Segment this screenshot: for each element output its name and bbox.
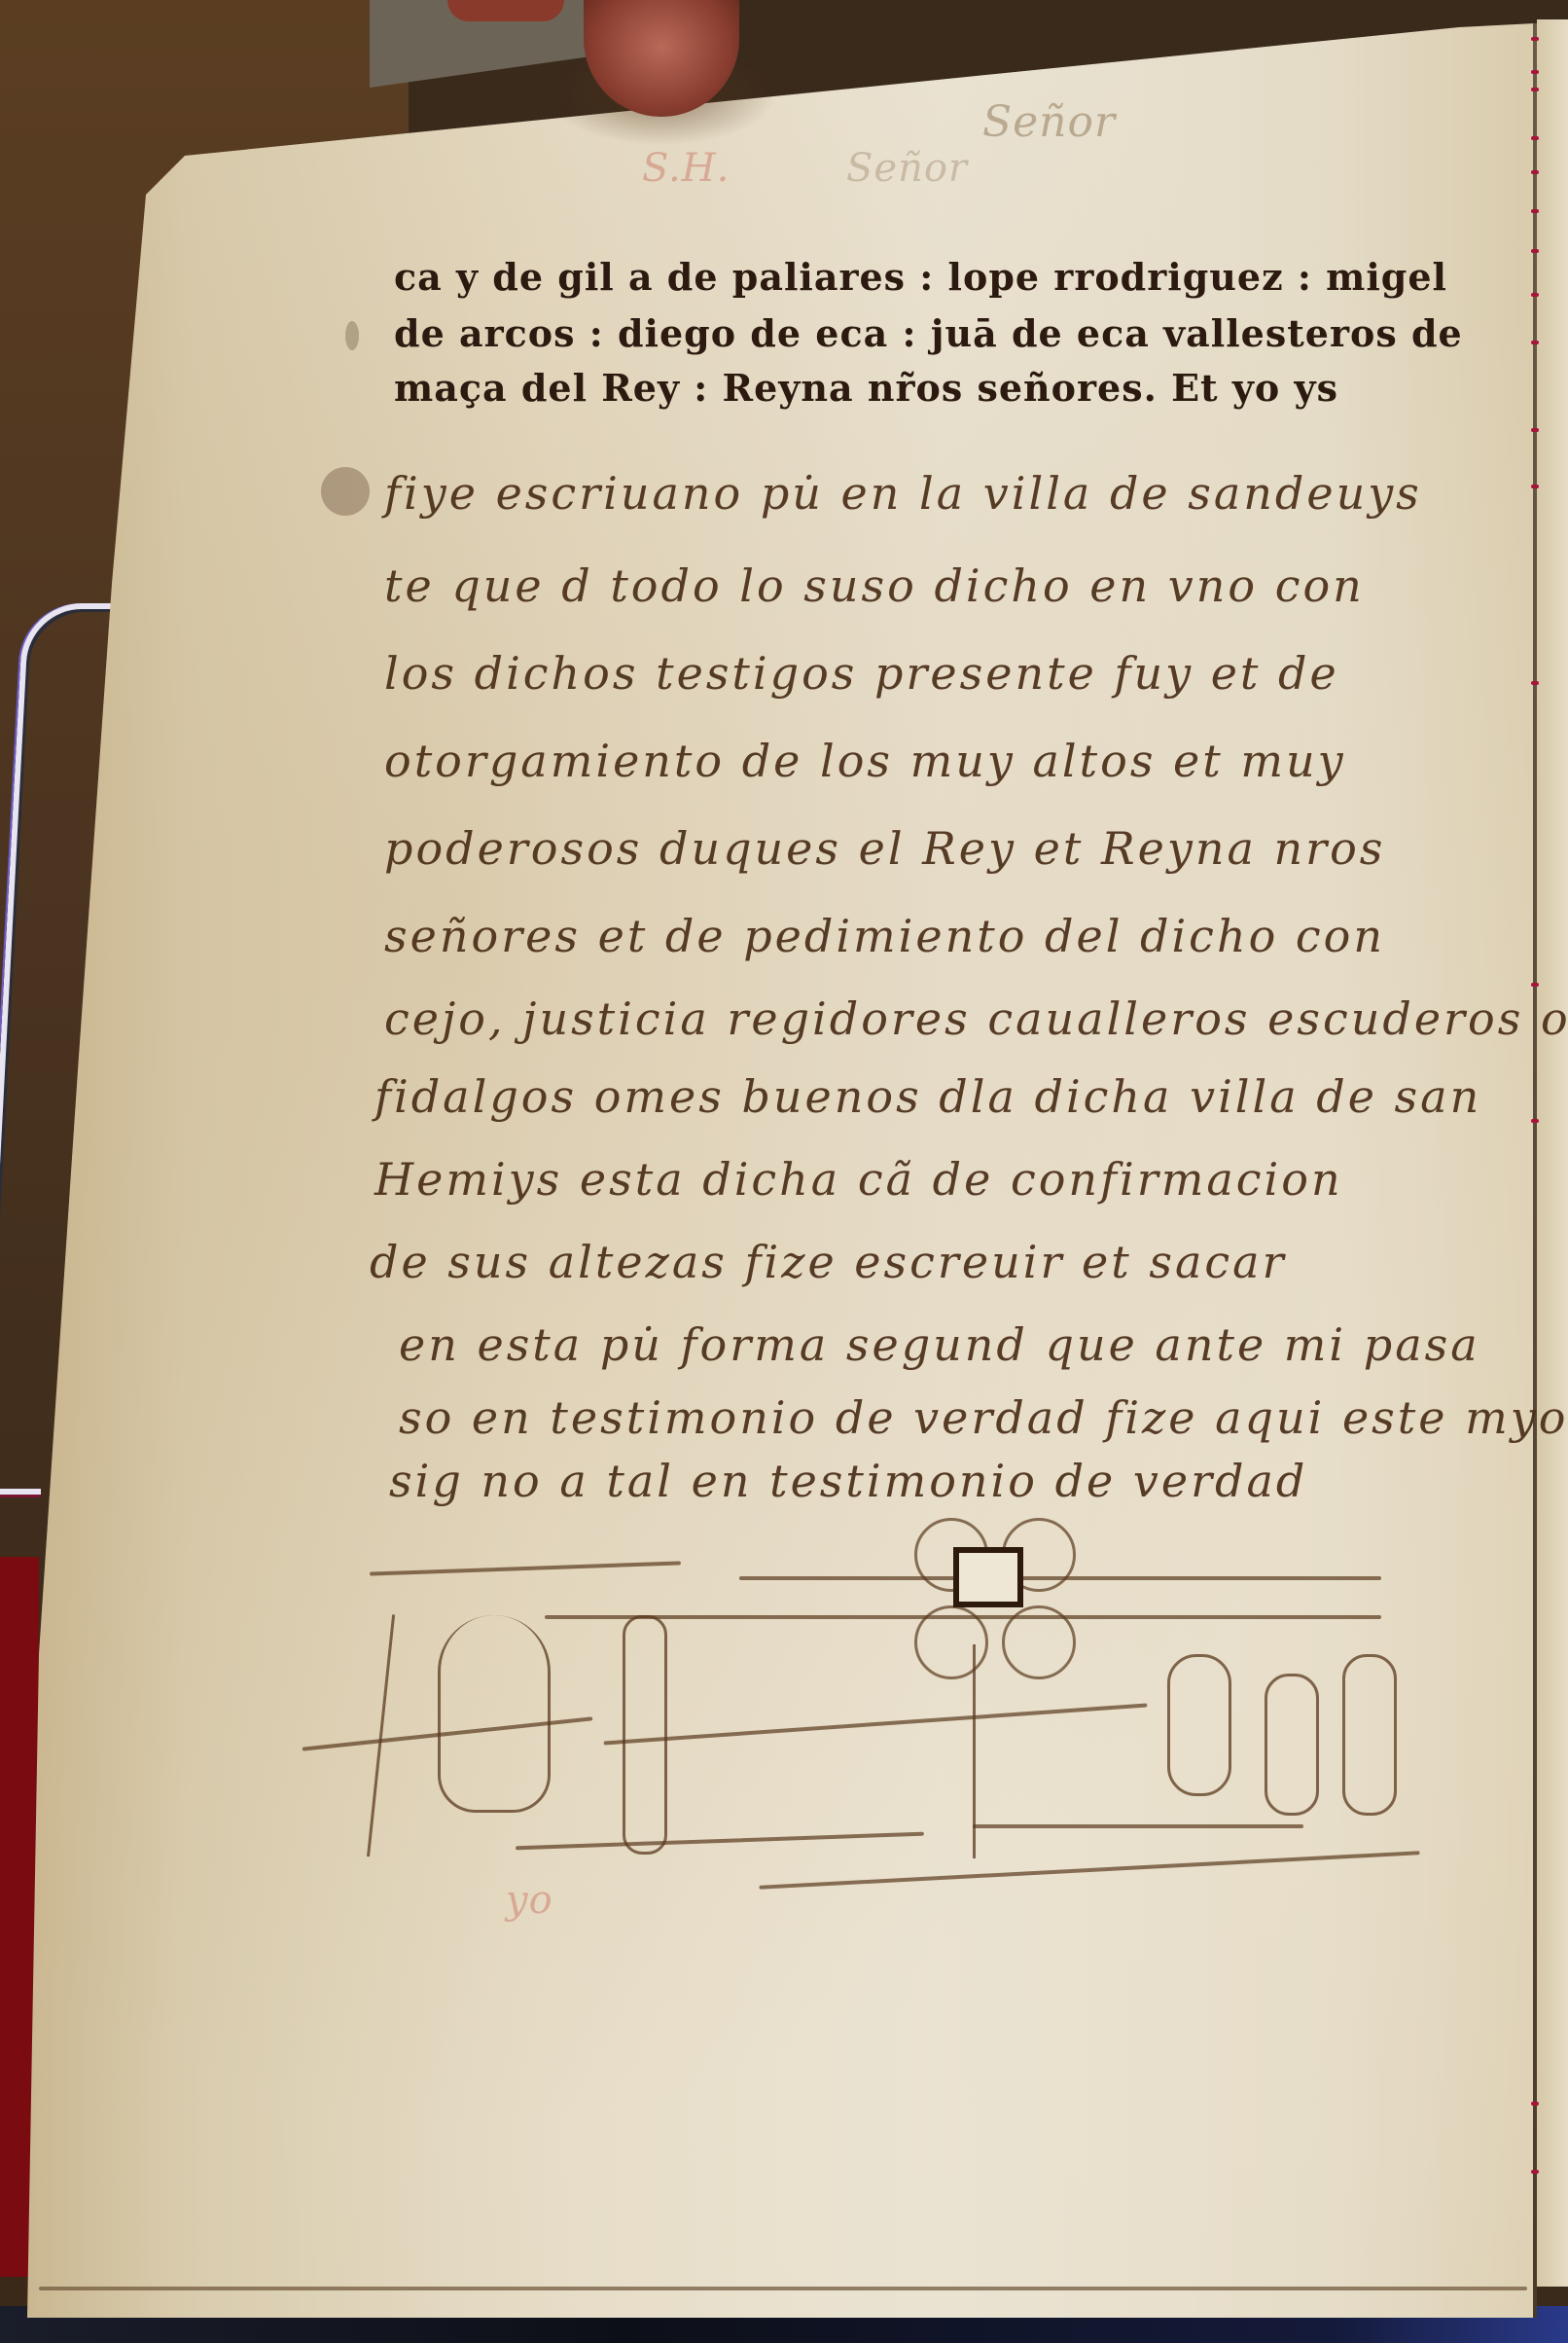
binding-stitch bbox=[1531, 485, 1539, 488]
manuscript-cursive-line-9: Hemiys esta dicha cã de confirmacion bbox=[374, 1153, 1343, 1206]
notarial-sign-stem bbox=[973, 1644, 980, 1858]
binding-stitch bbox=[1531, 136, 1539, 140]
manuscript-cursive-line-12: so en testimonio de verdad fize aqui est… bbox=[399, 1391, 1568, 1444]
metal-page-holder-foot bbox=[0, 1489, 41, 1495]
binding-stitch bbox=[1531, 70, 1539, 74]
top-annotation: Señor bbox=[982, 97, 1116, 147]
manuscript-cursive-line-6: señores et de pedimiento del dicho con bbox=[384, 910, 1385, 962]
finger-tip-secondary bbox=[447, 0, 564, 21]
signature-loop bbox=[1265, 1674, 1319, 1816]
binding-stitch bbox=[1531, 681, 1539, 685]
signature-loop bbox=[1167, 1654, 1231, 1796]
manuscript-cursive-line-13: sig no a tal en testimonio de verdad bbox=[389, 1455, 1307, 1507]
binding-stitch bbox=[1531, 249, 1539, 253]
notarial-sign-loop bbox=[1002, 1605, 1076, 1679]
binding-stitch bbox=[1531, 293, 1539, 297]
ink-blot bbox=[321, 467, 370, 516]
signature-loop bbox=[438, 1615, 551, 1813]
binding-stitch bbox=[1531, 209, 1539, 213]
signature-loop bbox=[623, 1615, 667, 1855]
manuscript-formal-line-3: maça del Rey : Reyna nr̃os señores. Et y… bbox=[394, 366, 1338, 410]
binding-stitch bbox=[1531, 428, 1539, 432]
manuscript-cursive-line-3: los dichos testigos presente fuy et de bbox=[384, 647, 1339, 700]
manuscript-cursive-line-8: fidalgos omes buenos dla dicha villa de … bbox=[374, 1070, 1481, 1123]
manuscript-formal-line-2: de arcos : diego de eca : juā de eca val… bbox=[394, 311, 1463, 355]
notarial-sign-square bbox=[953, 1547, 1023, 1607]
binding-stitch bbox=[1531, 2170, 1539, 2174]
manuscript-cursive-line-7: cejo, justicia regidores caualleros escu… bbox=[384, 992, 1568, 1045]
manuscript-cursive-line-2: te que d todo lo suso dicho en vno con bbox=[384, 559, 1365, 612]
facing-page-edge bbox=[1537, 19, 1568, 2287]
red-bottom-mark: yo bbox=[506, 1878, 553, 1923]
binding-stitch bbox=[1531, 1119, 1539, 1123]
binding-stitch bbox=[1531, 170, 1539, 174]
manuscript-cursive-line-10: de sus altezas fize escreuir et sacar bbox=[370, 1236, 1287, 1288]
book-spine-gutter bbox=[1533, 23, 1537, 2318]
manuscript-formal-line-1: ca y de gil a de paliares : lope rrodrig… bbox=[394, 255, 1447, 299]
ink-blot-small bbox=[345, 321, 359, 350]
signature-stroke bbox=[973, 1824, 1303, 1828]
manuscript-cursive-line-5: poderosos duques el Rey et Reyna nros bbox=[384, 822, 1385, 875]
manuscript-cursive-line-4: otorgamiento de los muy altos et muy bbox=[384, 735, 1346, 787]
page-bottom-edge bbox=[39, 2287, 1527, 2290]
top-annotation-faint: Señor bbox=[846, 146, 968, 191]
binding-stitch bbox=[1531, 341, 1539, 344]
signature-loop bbox=[1342, 1654, 1397, 1816]
binding-stitch bbox=[1531, 88, 1539, 91]
manuscript-cursive-line-1: fiye escriuano pu̇ en la villa de sandeu… bbox=[384, 467, 1422, 520]
binding-stitch bbox=[1531, 37, 1539, 41]
binding-stitch bbox=[1531, 983, 1539, 987]
red-top-annotation: S.H. bbox=[642, 146, 730, 191]
manuscript-cursive-line-11: en esta pu̇ forma segund que ante mi pas… bbox=[399, 1318, 1480, 1371]
binding-stitch bbox=[1531, 2102, 1539, 2106]
